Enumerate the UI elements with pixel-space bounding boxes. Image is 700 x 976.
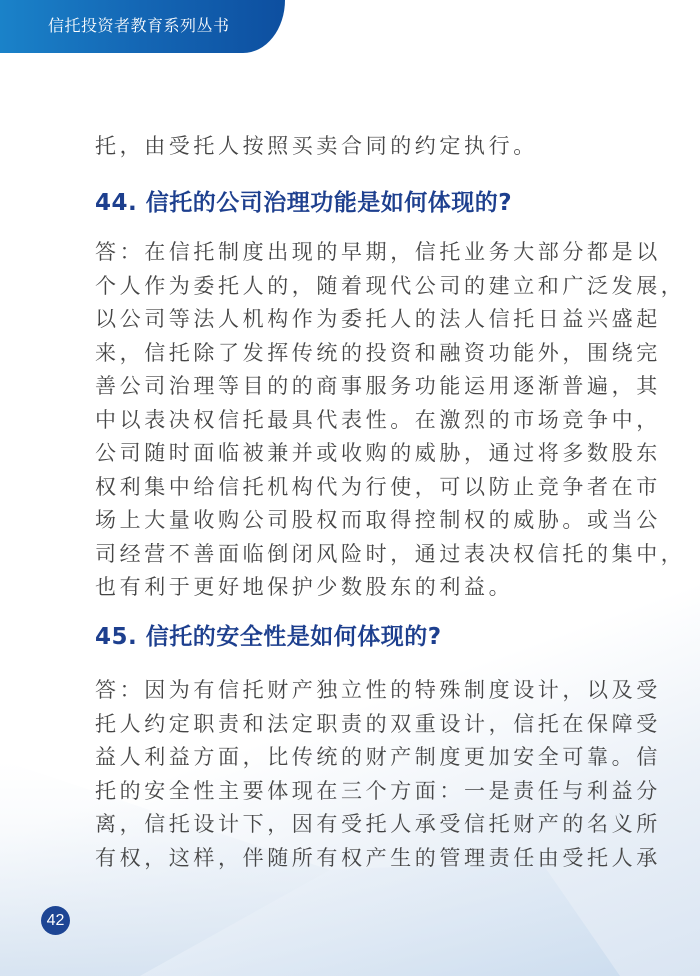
answer-line: 场上大量收购公司股权而取得控制权的威胁。或当公 [95, 506, 661, 534]
answer-line: 司经营不善面临倒闭风险时，通过表决权信托的集中， [95, 540, 685, 568]
continuation-text-line: 托，由受托人按照买卖合同的约定执行。 [95, 132, 538, 160]
answer-line: 托人约定职责和法定职责的双重设计，信托在保障受 [95, 710, 661, 738]
answer-line: 答：因为有信托财产独立性的特殊制度设计，以及受 [95, 676, 661, 704]
header-banner: 信托投资者教育系列丛书 [0, 0, 285, 53]
answer-line: 中以表决权信托最具代表性。在激烈的市场竞争中， [95, 406, 661, 434]
answer-line: 权利集中给信托机构代为行使，可以防止竞争者在市 [95, 473, 661, 501]
question-heading-45: 45. 信托的安全性是如何体现的? [95, 622, 442, 652]
question-heading-44: 44. 信托的公司治理功能是如何体现的? [95, 188, 512, 218]
series-title: 信托投资者教育系列丛书 [48, 14, 230, 38]
answer-line: 有权，这样，伴随所有权产生的管理责任由受托人承 [95, 844, 661, 872]
answer-line: 托的安全性主要体现在三个方面：一是责任与利益分 [95, 777, 661, 805]
answer-line: 答：在信托制度出现的早期，信托业务大部分都是以 [95, 238, 661, 266]
answer-line: 也有利于更好地保护少数股东的利益。 [95, 573, 513, 601]
answer-line: 来，信托除了发挥传统的投资和融资功能外，围绕完 [95, 339, 661, 367]
answer-line: 个人作为委托人的，随着现代公司的建立和广泛发展， [95, 272, 685, 300]
page-number-badge: 42 [41, 906, 70, 935]
answer-line: 公司随时面临被兼并或收购的威胁，通过将多数股东 [95, 439, 661, 467]
answer-line: 善公司治理等目的的商事服务功能运用逐渐普遍，其 [95, 372, 661, 400]
answer-line: 以公司等法人机构作为委托人的法人信托日益兴盛起 [95, 305, 661, 333]
answer-line: 益人利益方面，比传统的财产制度更加安全可靠。信 [95, 743, 661, 771]
answer-line: 离，信托设计下，因有受托人承受信托财产的名义所 [95, 810, 661, 838]
